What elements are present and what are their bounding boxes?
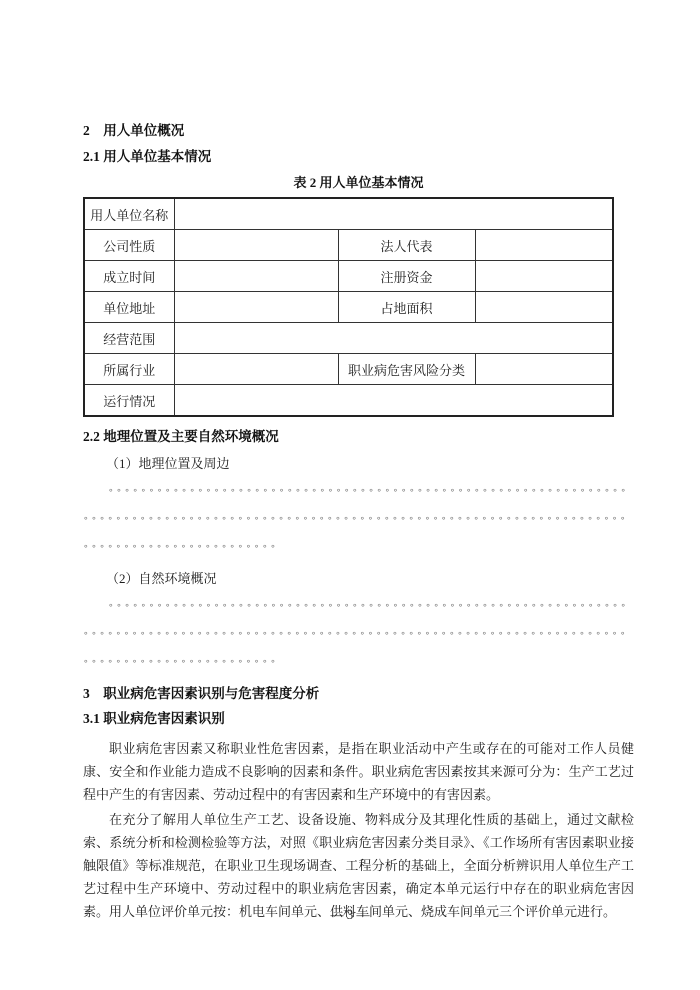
dotted-filler-line: ∘∘∘∘∘∘∘∘∘∘∘∘∘∘∘∘∘∘∘∘∘∘∘∘∘∘∘∘∘∘∘∘∘∘∘∘∘∘∘∘…	[83, 514, 628, 525]
address-value-cell	[174, 292, 338, 323]
heading-section-2-2: 2.2 地理位置及主要自然环境概况	[83, 428, 634, 445]
geo-item-2: （2）自然环境概况	[83, 570, 634, 587]
risk-category-value-cell	[475, 354, 613, 385]
industry-value-cell	[174, 354, 338, 385]
table-row-employer-name: 用人单位名称	[84, 198, 613, 230]
geo-item-1: （1）地理位置及周边	[83, 455, 634, 472]
table-row-company-nature: 公司性质 法人代表	[84, 230, 613, 261]
dotted-filler-line: ∘∘∘∘∘∘∘∘∘∘∘∘∘∘∘∘∘∘∘∘∘∘∘∘∘∘∘∘∘∘∘∘∘∘∘∘∘∘∘∘	[83, 657, 278, 668]
dotted-filler-line: ∘∘∘∘∘∘∘∘∘∘∘∘∘∘∘∘∘∘∘∘∘∘∘∘∘∘∘∘∘∘∘∘∘∘∘∘∘∘∘∘	[83, 542, 278, 553]
employer-name-value-cell	[174, 198, 613, 230]
establish-date-value-cell	[174, 261, 338, 292]
establish-date-label: 成立时间	[84, 261, 174, 292]
heading-section-2-1: 2.1 用人单位基本情况	[83, 148, 634, 165]
table-row-industry: 所属行业 职业病危害风险分类	[84, 354, 613, 385]
legal-representative-value-cell	[475, 230, 613, 261]
table-2-caption: 表 2 用人单位基本情况	[83, 175, 634, 191]
registered-capital-value-cell	[475, 261, 613, 292]
page-content: 2 用人单位概况 2.1 用人单位基本情况 表 2 用人单位基本情况 用人单位名…	[83, 122, 634, 925]
table-row-business-scope: 经营范围	[84, 323, 613, 354]
body-paragraph-1: 职业病危害因素又称职业性危害因素，是指在职业活动中产生或存在的可能对工作人员健康…	[83, 737, 634, 806]
table-row-operation-status: 运行情况	[84, 385, 613, 417]
registered-capital-label: 注册资金	[338, 261, 475, 292]
employer-name-label: 用人单位名称	[84, 198, 174, 230]
table-row-address: 单位地址 占地面积	[84, 292, 613, 323]
page-number: — 3 —	[0, 906, 700, 923]
land-area-value-cell	[475, 292, 613, 323]
document-page: 2 用人单位概况 2.1 用人单位基本情况 表 2 用人单位基本情况 用人单位名…	[0, 0, 700, 990]
operation-status-label: 运行情况	[84, 385, 174, 417]
heading-section-3-1: 3.1 职业病危害因素识别	[83, 710, 634, 727]
industry-label: 所属行业	[84, 354, 174, 385]
employer-basic-info-table: 用人单位名称 公司性质 法人代表 成立时间 注册资金 单位地址 占地面积	[83, 197, 614, 417]
table-row-establish-date: 成立时间 注册资金	[84, 261, 613, 292]
dotted-filler-line: ∘∘∘∘∘∘∘∘∘∘∘∘∘∘∘∘∘∘∘∘∘∘∘∘∘∘∘∘∘∘∘∘∘∘∘∘∘∘∘∘…	[83, 629, 628, 640]
business-scope-label: 经营范围	[84, 323, 174, 354]
dotted-filler-line: ∘∘∘∘∘∘∘∘∘∘∘∘∘∘∘∘∘∘∘∘∘∘∘∘∘∘∘∘∘∘∘∘∘∘∘∘∘∘∘∘…	[108, 486, 626, 497]
address-label: 单位地址	[84, 292, 174, 323]
business-scope-value-cell	[174, 323, 613, 354]
risk-category-label: 职业病危害风险分类	[338, 354, 475, 385]
company-nature-value-cell	[174, 230, 338, 261]
dotted-filler-line: ∘∘∘∘∘∘∘∘∘∘∘∘∘∘∘∘∘∘∘∘∘∘∘∘∘∘∘∘∘∘∘∘∘∘∘∘∘∘∘∘…	[108, 601, 626, 612]
company-nature-label: 公司性质	[84, 230, 174, 261]
heading-section-2: 2 用人单位概况	[83, 122, 634, 139]
heading-section-3: 3 职业病危害因素识别与危害程度分析	[83, 685, 634, 702]
operation-status-value-cell	[174, 385, 613, 417]
legal-representative-label: 法人代表	[338, 230, 475, 261]
land-area-label: 占地面积	[338, 292, 475, 323]
